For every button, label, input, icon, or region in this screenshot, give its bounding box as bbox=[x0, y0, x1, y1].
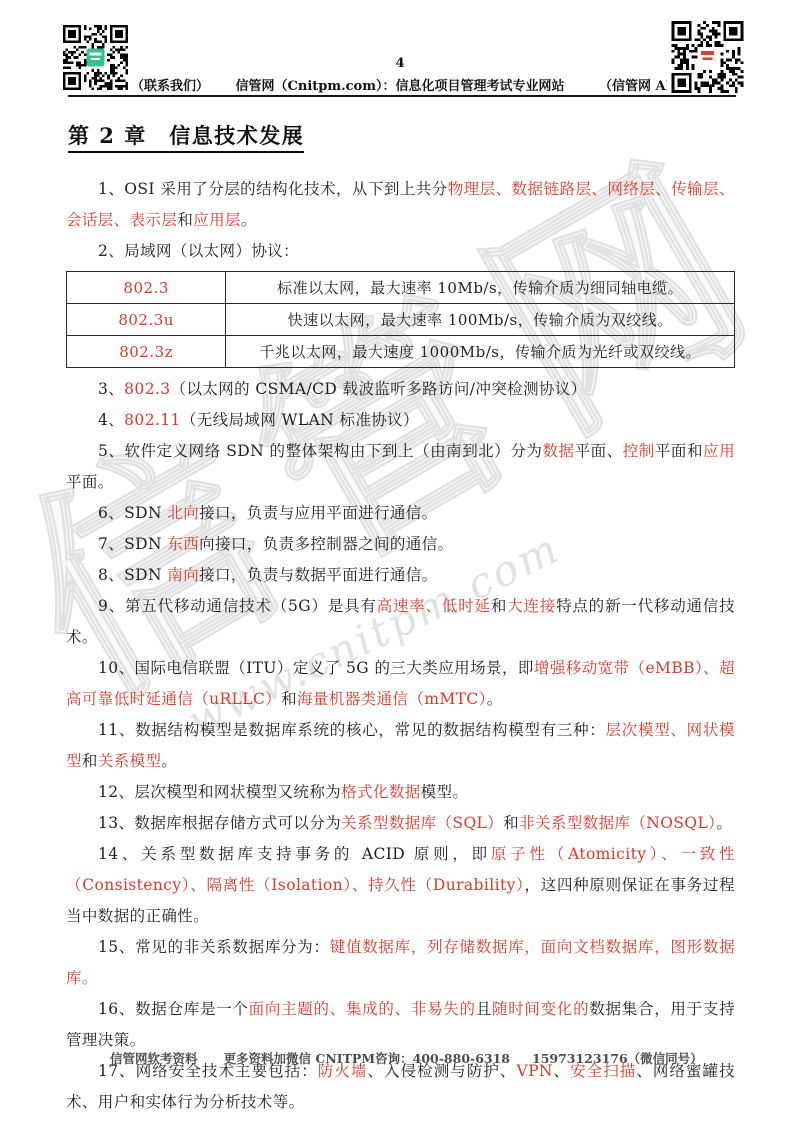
footer-hotline: 咨询：400-880-6318 bbox=[375, 1049, 510, 1067]
text-segment: （无线局域网 WLAN 标准协议） bbox=[181, 411, 419, 429]
document-page: 信管网 www.cnitpm.com （联系我们） 4 信管网（Cnitpm.c… bbox=[0, 0, 800, 1131]
text-segment: 8、SDN bbox=[98, 566, 167, 584]
text-segment: 1、OSI 采用了分层的结构化技术，从下到上共分 bbox=[98, 180, 448, 198]
text-segment: 且 bbox=[476, 1000, 492, 1018]
list-item: 12、层次模型和网状模型又统称为格式化数据模型。 bbox=[66, 777, 735, 808]
footer-site-material: 信管网软考资料 bbox=[110, 1049, 198, 1067]
table-row: 802.3标准以太网，最大速率 10Mb/s，传输介质为细同轴电缆。 bbox=[67, 272, 735, 304]
footer-right-group: 咨询：400-880-6318 15973123176（微信同号） bbox=[375, 1049, 703, 1067]
description-cell: 标准以太网，最大速率 10Mb/s，传输介质为细同轴电缆。 bbox=[226, 272, 735, 304]
highlighted-term: 格式化数据 bbox=[341, 783, 421, 801]
description-cell: 千兆以太网，最大速度 1000Mb/s，传输介质为光纤或双绞线。 bbox=[226, 336, 735, 368]
text-segment: 。 bbox=[241, 211, 257, 229]
list-item: 10、国际电信联盟（ITU）定义了 5G 的三大类应用场景，即增强移动宽带（eM… bbox=[66, 653, 735, 715]
paragraphs-after-table: 3、802.3（以太网的 CSMA/CD 载波监听多路访问/冲突检测协议）4、8… bbox=[66, 374, 735, 1118]
text-segment: 和 bbox=[503, 814, 519, 832]
text-segment: 15、常见的非关系数据库分为： bbox=[98, 938, 330, 956]
list-item: 16、数据仓库是一个面向主题的、集成的、非易失的且随时间变化的数据集合，用于支持… bbox=[66, 994, 735, 1056]
text-segment: 10、国际电信联盟（ITU）定义了 5G 的三大类应用场景，即 bbox=[98, 659, 534, 677]
page-footer: 信管网软考资料 更多资料加微信 CNITPM 咨询：400-880-6318 1… bbox=[66, 1049, 734, 1067]
text-segment: 2、局域网（以太网）协议： bbox=[98, 242, 299, 260]
text-segment: 和 bbox=[82, 752, 98, 770]
highlighted-term: 802.11 bbox=[124, 411, 181, 429]
text-segment: 9、第五代移动通信技术（5G）是具有 bbox=[98, 597, 377, 615]
list-item: 5、软件定义网络 SDN 的整体架构由下到上（由南到北）分为数据平面、控制平面和… bbox=[66, 436, 735, 498]
protocol-cell: 802.3 bbox=[67, 272, 226, 304]
header-divider-line bbox=[68, 95, 736, 97]
app-qr-code-icon bbox=[667, 21, 748, 93]
highlighted-term: 非关系型数据库（NOSQL） bbox=[519, 814, 716, 832]
list-item: 8、SDN 南向接口，负责与数据平面进行通信。 bbox=[66, 560, 735, 591]
footer-left-group: 信管网软考资料 更多资料加微信 CNITPM bbox=[110, 1049, 375, 1067]
text-segment: 16、数据仓库是一个 bbox=[98, 1000, 249, 1018]
text-segment: 13、数据库根据存储方式可以分为 bbox=[98, 814, 341, 832]
highlighted-term: 面向主题的、集成的、非易失的 bbox=[249, 1000, 476, 1018]
page-content: 第 2 章 信息技术发展 1、OSI 采用了分层的结构化技术，从下到上共分物理层… bbox=[66, 120, 735, 1118]
text-segment: 14、关系型数据库支持事务的 ACID 原则，即 bbox=[98, 845, 491, 863]
text-segment: 。 bbox=[487, 690, 503, 708]
list-item: 9、第五代移动通信技术（5G）是具有高速率、低时延和大连接特点的新一代移动通信技… bbox=[66, 591, 735, 653]
text-segment: 和 bbox=[281, 690, 297, 708]
text-segment: 6、SDN bbox=[98, 504, 167, 522]
text-segment: 12、层次模型和网状模型又统称为 bbox=[98, 783, 341, 801]
footer-phone: 15973123176（微信同号） bbox=[532, 1049, 703, 1067]
highlighted-term: 高速率、低时延 bbox=[377, 597, 491, 615]
highlighted-term: 应用 bbox=[703, 442, 735, 460]
text-segment: 平面和 bbox=[655, 442, 703, 460]
list-item: 6、SDN 北向接口，负责与应用平面进行通信。 bbox=[66, 498, 735, 529]
highlighted-term: 数据 bbox=[542, 442, 574, 460]
text-segment: （以太网的 CSMA/CD 载波监听多路访问/冲突检测协议） bbox=[171, 380, 587, 398]
table-row: 802.3z千兆以太网，最大速度 1000Mb/s，传输介质为光纤或双绞线。 bbox=[67, 336, 735, 368]
text-segment: 4、 bbox=[98, 411, 124, 429]
table-row: 802.3u快速以太网，最大速率 100Mb/s，传输介质为双绞线。 bbox=[67, 304, 735, 336]
highlighted-term: 802.3 bbox=[124, 380, 170, 398]
list-item: 3、802.3（以太网的 CSMA/CD 载波监听多路访问/冲突检测协议） bbox=[66, 374, 735, 405]
ethernet-protocol-table: 802.3标准以太网，最大速率 10Mb/s，传输介质为细同轴电缆。802.3u… bbox=[66, 271, 735, 368]
highlighted-term: 关系模型 bbox=[98, 752, 162, 770]
text-segment: 11、数据结构模型是数据库系统的核心，常见的数据结构模型有三种： bbox=[98, 721, 606, 739]
highlighted-term: 关系型数据库（SQL） bbox=[341, 814, 503, 832]
paragraphs-before-table: 1、OSI 采用了分层的结构化技术，从下到上共分物理层、数据链路层、网络层、传输… bbox=[66, 174, 735, 267]
list-item: 7、SDN 东西向接口，负责多控制器之间的通信。 bbox=[66, 529, 735, 560]
highlighted-term: 应用层 bbox=[193, 211, 241, 229]
list-item: 4、802.11（无线局域网 WLAN 标准协议） bbox=[66, 405, 735, 436]
text-segment: 3、 bbox=[98, 380, 124, 398]
highlighted-term: 东西 bbox=[167, 535, 199, 553]
list-item: 1、OSI 采用了分层的结构化技术，从下到上共分物理层、数据链路层、网络层、传输… bbox=[66, 174, 735, 236]
protocol-cell: 802.3z bbox=[67, 336, 226, 368]
highlighted-term: 控制 bbox=[623, 442, 655, 460]
app-qr-label: （信管网 AP bbox=[599, 75, 675, 94]
list-item: 2、局域网（以太网）协议： bbox=[66, 236, 735, 267]
footer-wechat-note: 更多资料加微信 CNITPM bbox=[224, 1049, 376, 1067]
text-segment: 平面。 bbox=[66, 473, 114, 491]
list-item: 13、数据库根据存储方式可以分为关系型数据库（SQL）和非关系型数据库（NOSQ… bbox=[66, 808, 735, 839]
description-cell: 快速以太网，最大速率 100Mb/s，传输介质为双绞线。 bbox=[226, 304, 735, 336]
text-segment: 模型。 bbox=[421, 783, 469, 801]
text-segment: 和 bbox=[177, 211, 193, 229]
highlighted-term: 海量机器类通信（mMTC） bbox=[297, 690, 487, 708]
protocol-cell: 802.3u bbox=[67, 304, 226, 336]
text-segment: 和 bbox=[491, 597, 507, 615]
text-segment: 接口，负责与应用平面进行通信。 bbox=[199, 504, 438, 522]
chapter-title: 第 2 章 信息技术发展 bbox=[68, 120, 735, 150]
list-item: 11、数据结构模型是数据库系统的核心，常见的数据结构模型有三种：层次模型、网状模… bbox=[66, 715, 735, 777]
text-segment: 向接口，负责多控制器之间的通信。 bbox=[199, 535, 453, 553]
text-segment: 平面、 bbox=[575, 442, 623, 460]
highlighted-term: 北向 bbox=[167, 504, 199, 522]
list-item: 15、常见的非关系数据库分为：键值数据库，列存储数据库，面向文档数据库，图形数据… bbox=[66, 932, 735, 994]
list-item: 14、关系型数据库支持事务的 ACID 原则，即原子性（Atomicity）、一… bbox=[66, 839, 735, 932]
highlighted-term: 随时间变化的 bbox=[492, 1000, 589, 1018]
text-segment: 。 bbox=[161, 752, 177, 770]
contact-qr-code-icon bbox=[62, 25, 129, 90]
text-segment: 7、SDN bbox=[98, 535, 167, 553]
text-segment: 5、软件定义网络 SDN 的整体架构由下到上（由南到北）分为 bbox=[98, 442, 542, 460]
text-segment: 。 bbox=[716, 814, 732, 832]
text-segment: 接口，负责与数据平面进行通信。 bbox=[199, 566, 438, 584]
highlighted-term: 大连接 bbox=[507, 597, 556, 615]
highlighted-term: 南向 bbox=[167, 566, 199, 584]
